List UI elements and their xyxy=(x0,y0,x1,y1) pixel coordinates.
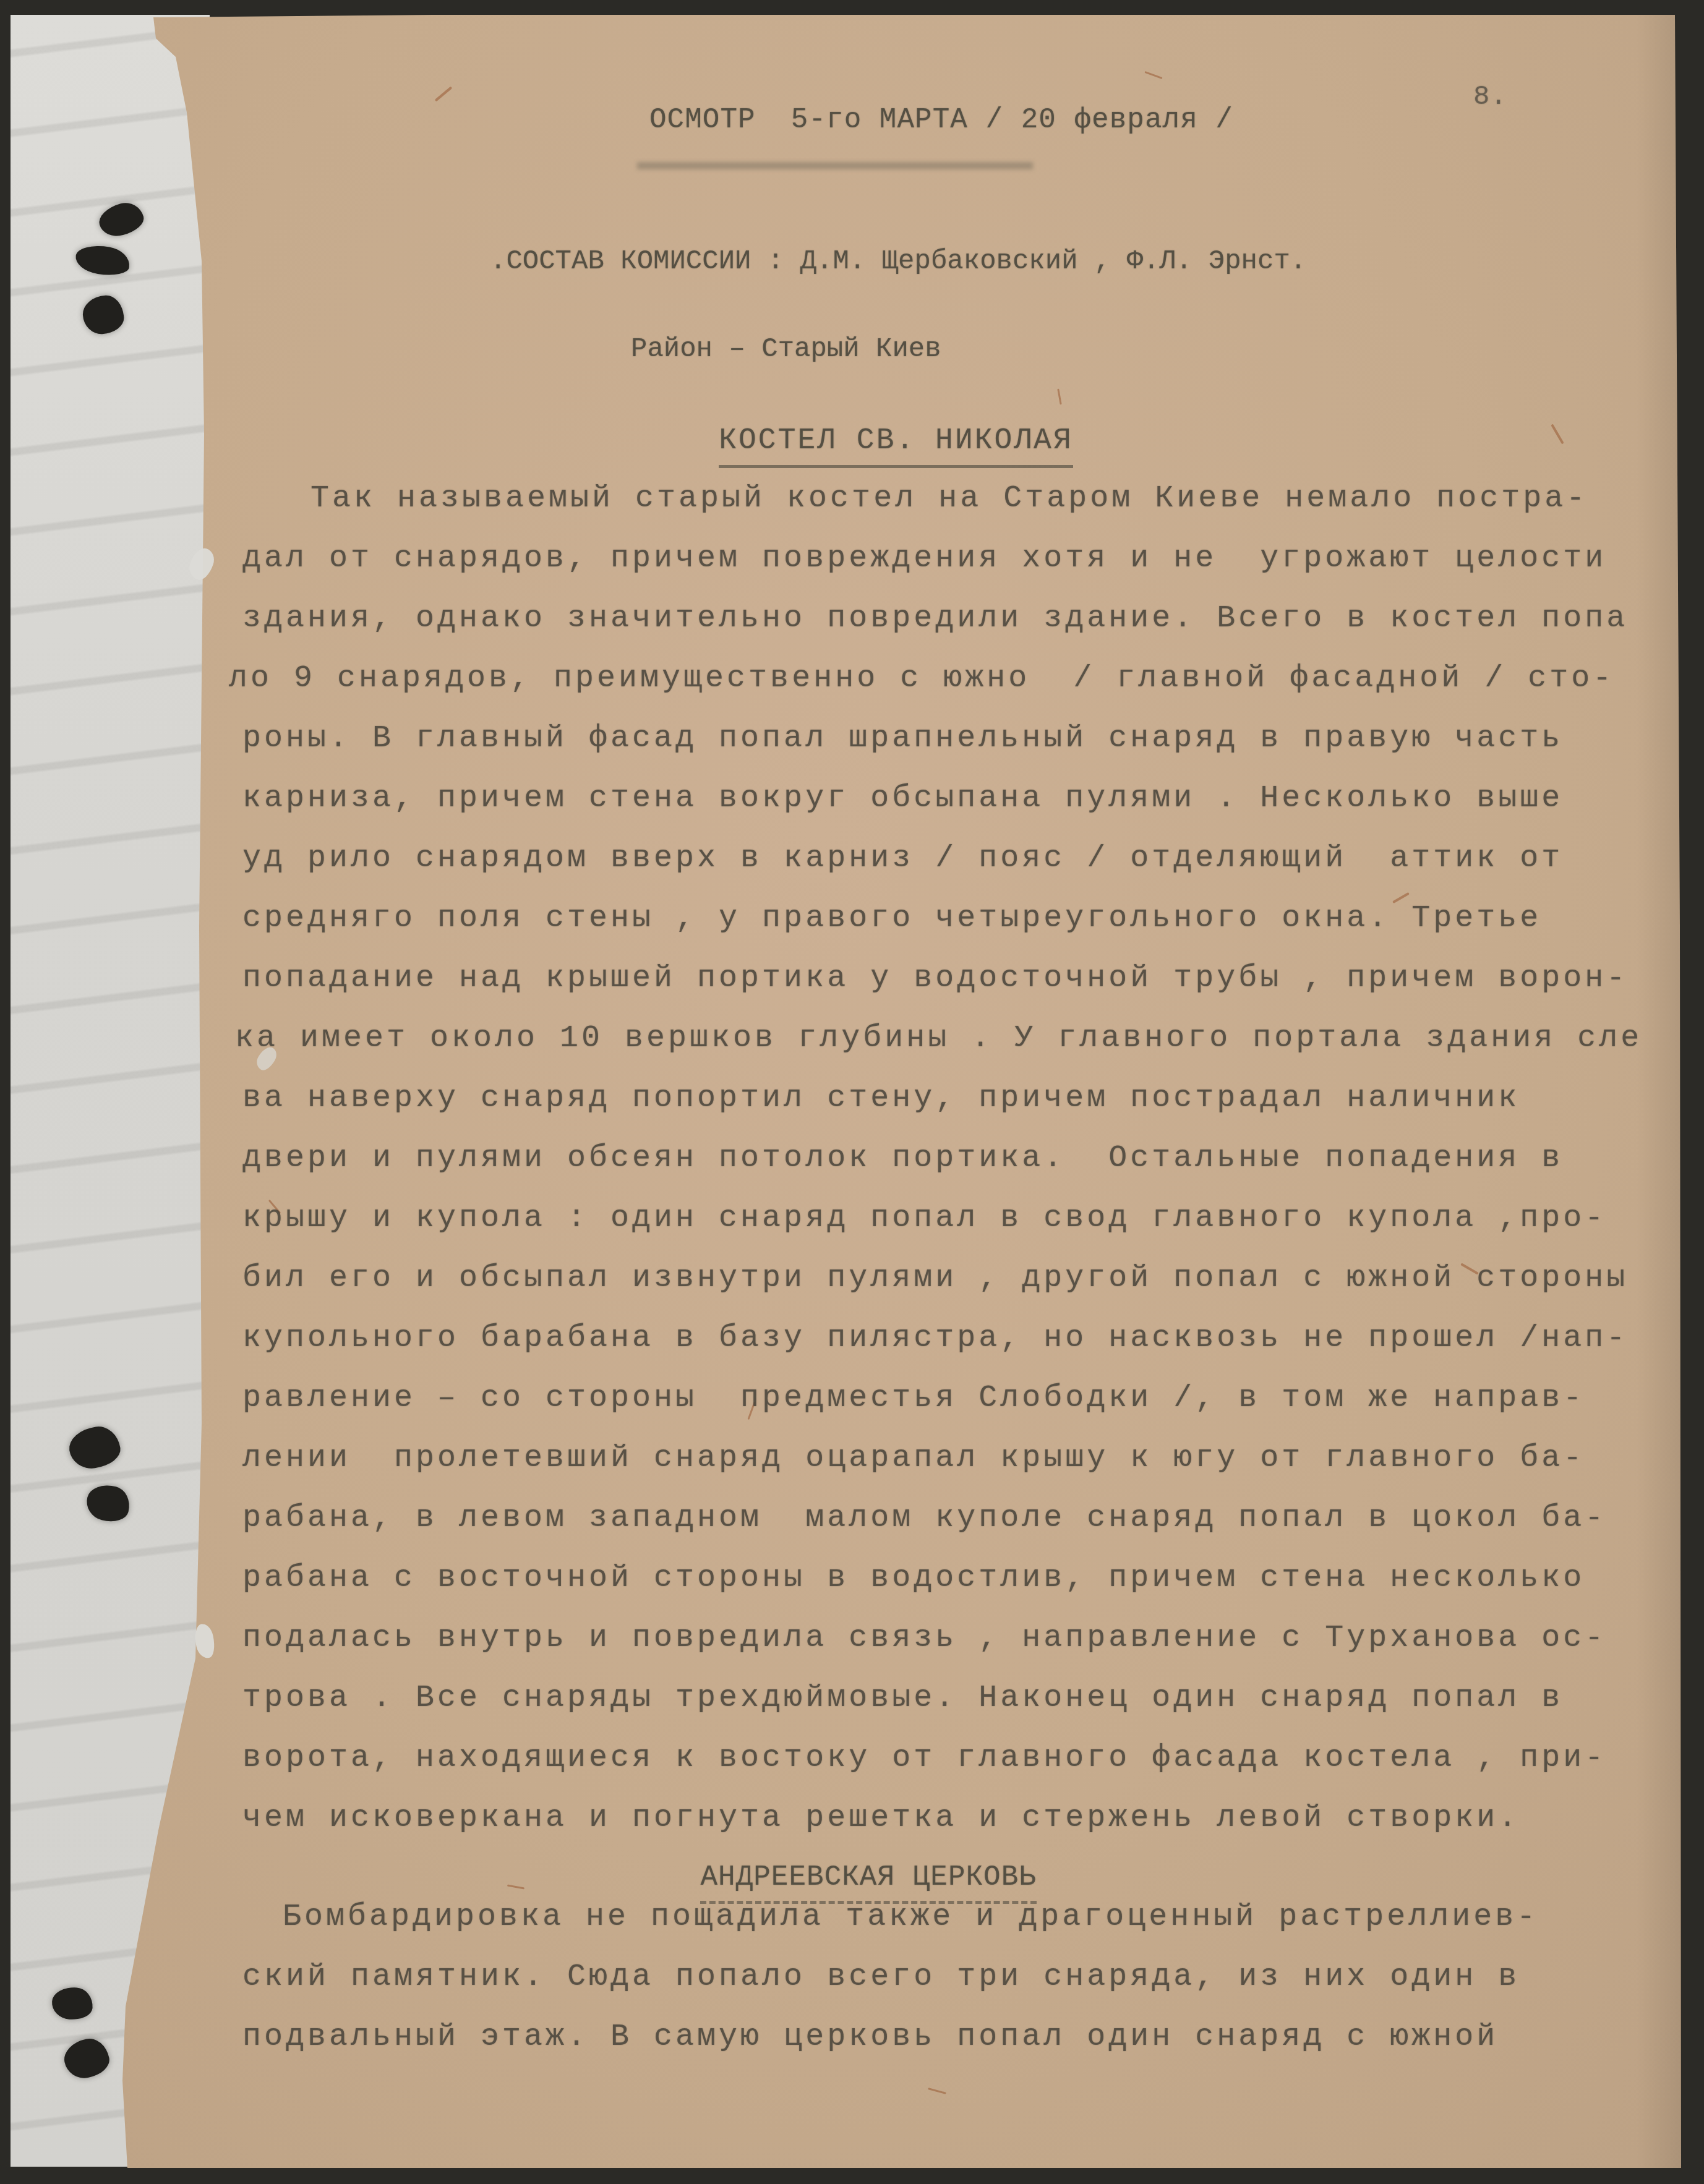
text-line: дал от снарядов, причем повреждения хотя… xyxy=(242,529,1642,589)
title-underline-smudge xyxy=(637,162,1033,169)
text-line: средняго поля стены , у правого четыреуг… xyxy=(242,889,1642,949)
text-line: бил его и обсыпал извнутри пулями , друг… xyxy=(242,1248,1642,1308)
text-line: двери и пулями обсеян потолок портика. О… xyxy=(242,1128,1642,1188)
section-church-body: Бомбардировка не пощадила также и драгоц… xyxy=(242,1887,1538,2067)
text-line: Бомбардировка не пощадила также и драгоц… xyxy=(283,1887,1538,1947)
document-title: ОСМОТР 5-го МАРТА / 20 февраля / xyxy=(649,104,1233,136)
text-line: ло 9 снарядов, преимущественно с южно / … xyxy=(229,649,1642,709)
text-line: уд рило снарядом вверх в карниз / пояс /… xyxy=(242,829,1642,889)
text-line: карниза, причем стена вокруг обсыпана пу… xyxy=(242,769,1642,829)
scanned-document-page: ОСМОТР 5-го МАРТА / 20 февраля / 8. .СОС… xyxy=(0,0,1704,2184)
text-line: ка имеет около 10 вершков глубины . У гл… xyxy=(235,1009,1642,1069)
text-line: лении пролетевший снаряд оцарапал крышу … xyxy=(242,1428,1642,1488)
text-line: равление – со стороны предместья Слободк… xyxy=(242,1368,1642,1428)
page-number: 8. xyxy=(1473,82,1507,113)
text-line: роны. В главный фасад попал шрапнельный … xyxy=(242,709,1642,769)
text-line: рабана, в левом западном малом куполе сн… xyxy=(242,1488,1642,1548)
section-kostel-body: Так называемый старый костел на Старом К… xyxy=(242,469,1642,1848)
text-line: ва наверху снаряд попортил стену, причем… xyxy=(242,1069,1642,1128)
section-heading-kostel-text: КОСТЕЛ СВ. НИКОЛАЯ xyxy=(719,424,1072,468)
commission-line: .СОСТАВ КОМИССИИ : Д.М. Щербаковский , Ф… xyxy=(490,246,1306,277)
text-line: крышу и купола : один снаряд попал в сво… xyxy=(242,1188,1642,1248)
text-line: здания, однако значительно повредили зда… xyxy=(242,589,1642,649)
text-line: ский памятник. Сюда попало всего три сна… xyxy=(242,1947,1538,2007)
text-line: подалась внутрь и повредила связь , напр… xyxy=(242,1608,1642,1668)
text-line: рабана с восточной стороны в водостлив, … xyxy=(242,1548,1642,1608)
text-line: ворота, находящиеся к востоку от главног… xyxy=(242,1728,1642,1788)
text-line: трова . Все снаряды трехдюймовые. Наконе… xyxy=(242,1668,1642,1728)
text-line: купольного барабана в базу пилястра, но … xyxy=(242,1308,1642,1368)
text-line: попадание над крышей портика у водосточн… xyxy=(242,949,1642,1009)
text-line: Так называемый старый костел на Старом К… xyxy=(310,469,1642,529)
text-line: подвальный этаж. В самую церковь попал о… xyxy=(242,2007,1538,2067)
district-line: Район – Старый Киев xyxy=(631,334,941,365)
